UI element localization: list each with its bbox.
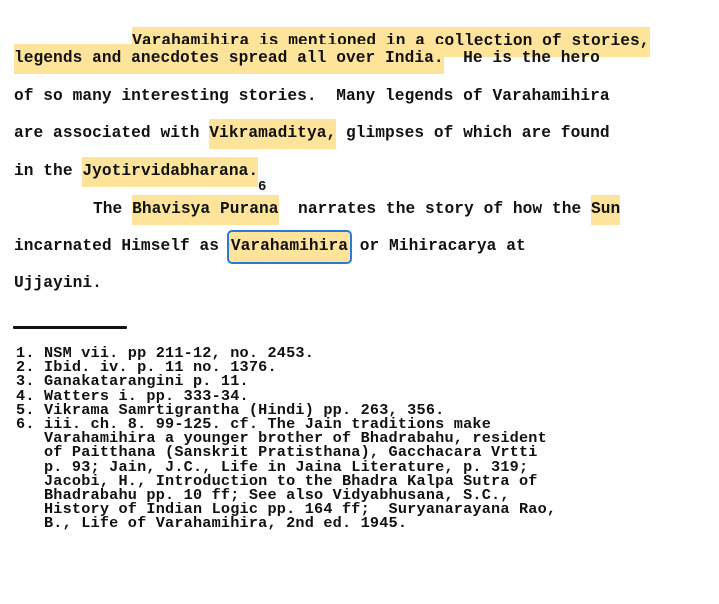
document-page: Varahamihira is mentioned in a collectio…: [0, 0, 719, 604]
selected-highlight[interactable]: Varahamihira: [229, 232, 350, 262]
footnote-marker: 6: [258, 180, 266, 194]
paragraph-2-line-2: incarnated Himself as Varahamihira or Mi…: [14, 236, 526, 256]
text-span: are associated with: [14, 124, 209, 142]
paragraph-1-line-5: in the Jyotirvidabharana.: [14, 161, 258, 181]
paragraph-2-line-3: Ujjayini.: [14, 273, 102, 293]
text-span: Ujjayini.: [14, 274, 102, 292]
paragraph-1-line-4: are associated with Vikramaditya, glimps…: [14, 123, 610, 143]
highlight-span[interactable]: Bhavisya Purana: [132, 195, 278, 225]
highlight-span[interactable]: Jyotirvidabharana.: [82, 157, 258, 187]
text-span: or Mihiracarya at: [350, 237, 526, 255]
text-span: glimpses of which are found: [336, 124, 609, 142]
text-span: of so many interesting stories. Many leg…: [14, 87, 610, 105]
footnote-separator: [13, 326, 127, 329]
highlight-span[interactable]: Vikramaditya,: [209, 119, 336, 149]
text-span: The: [93, 200, 132, 218]
paragraph-2-line-1: The Bhavisya Purana narrates the story o…: [93, 199, 620, 219]
footnote-line: B., Life of Varahamihira, 2nd ed. 1945.: [16, 517, 407, 531]
paragraph-1-line-2: legends and anecdotes spread all over In…: [14, 48, 600, 68]
highlight-span[interactable]: legends and anecdotes spread all over In…: [14, 44, 444, 74]
text-span: narrates the story of how the: [279, 200, 591, 218]
text-span: in the: [14, 162, 82, 180]
paragraph-1-line-3: of so many interesting stories. Many leg…: [14, 86, 610, 106]
text-span: He is the hero: [444, 49, 600, 67]
text-span: incarnated Himself as: [14, 237, 229, 255]
highlight-span[interactable]: Sun: [591, 195, 620, 225]
